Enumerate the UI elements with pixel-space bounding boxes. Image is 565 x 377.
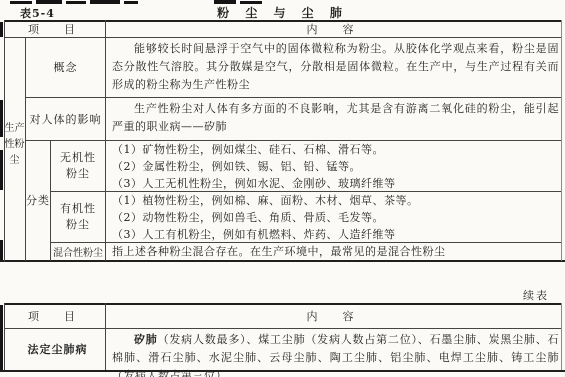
row-label-effects: 对人体的影响 [26, 97, 105, 140]
subrow-label-text: 无机性粉尘 [58, 150, 98, 182]
subrow-label-mixed: 混合性粉尘 [51, 242, 105, 260]
table-border [561, 303, 562, 370]
list-item: （1）矿物性粉尘，例如煤尘、硅石、石棉、滑石等。 [112, 141, 559, 158]
header-item: 项 目 [5, 21, 105, 37]
list-item: （1）植物性粉尘，例如棉、麻、面粉、木材、烟草、茶等。 [112, 192, 559, 209]
subrow-content-organic: （1）植物性粉尘，例如棉、麻、面粉、木材、烟草、茶等。 （2）动物性粉尘，例如兽… [112, 192, 559, 243]
subrow-content-inorganic: （1）矿物性粉尘，例如煤尘、硅石、石棉、滑石等。 （2）金属性粉尘，例如铁、锡、… [112, 141, 559, 192]
subrow-content-mixed: 指上述各种粉尘混合存在。在生产环境中，最常见的是混合性粉尘 [112, 243, 559, 260]
row-label-classification: 分类 [26, 140, 50, 260]
list-item: 指上述各种粉尘混合存在。在生产环境中，最常见的是混合性粉尘 [112, 243, 559, 260]
table-border [0, 260, 565, 262]
continued-table-label: 续表 [523, 287, 549, 303]
header-content: 内 容 [106, 305, 561, 327]
scanned-textbook-page: 表5-4 粉 尘 与 尘 肺 项 目 内 容 生产性粉尘 概念 能够较长时间悬浮… [0, 0, 565, 377]
list-item: （2）动物性粉尘，例如兽毛、角质、骨质、毛发等。 [112, 209, 559, 226]
subrow-label-inorganic: 无机性粉尘 [51, 140, 105, 191]
gutter-artifact [0, 305, 3, 371]
gutter-artifact [0, 100, 3, 137]
row-label-concept: 概念 [26, 37, 105, 97]
header-item: 项 目 [5, 305, 105, 327]
table-border [561, 20, 562, 261]
table-border [105, 20, 106, 261]
row-content-concept: 能够较长时间悬浮于空气中的固体微粒称为粉尘。从胶体化学观点来看，粉尘是固态分散性… [112, 40, 559, 94]
table-title: 粉 尘 与 尘 肺 [0, 4, 565, 21]
header-content: 内 容 [106, 21, 561, 37]
list-item: （2）金属性粉尘，例如铁、锡、铝、铅、锰等。 [112, 158, 559, 175]
row-group-label: 生产性粉尘 [4, 112, 25, 178]
row-content-legal-pneumoconiosis: 矽肺（发病人数最多）、煤工尘肺（发病人数占第二位）、石墨尘肺、炭黑尘肺、石棉肺、… [112, 331, 559, 377]
gutter-artifact [0, 240, 3, 261]
list-item: （3）人工无机性粉尘，例如水泥、金刚砂、玻璃纤维等 [112, 175, 559, 192]
legal-content-bold: 矽肺 [134, 333, 158, 346]
legal-content-rest: （发病人数最多）、煤工尘肺（发病人数占第二位）、石墨尘肺、炭黑尘肺、石棉肺、滑石… [112, 333, 559, 377]
gutter-artifact [0, 22, 3, 37]
list-item: （3）人工有机粉尘，例如有机燃料、炸药、人造纤维等 [112, 226, 559, 243]
subrow-label-organic: 有机性粉尘 [51, 191, 105, 242]
gutter-artifact [0, 150, 3, 190]
subrow-label-text: 有机性粉尘 [58, 201, 98, 233]
row-label-legal-pneumoconiosis: 法定尘肺病 [10, 328, 105, 370]
row-content-effects: 生产性粉尘对人体有多方面的不良影响，尤其是含有游离二氧化硅的粉尘，能引起严重的职… [112, 100, 559, 136]
